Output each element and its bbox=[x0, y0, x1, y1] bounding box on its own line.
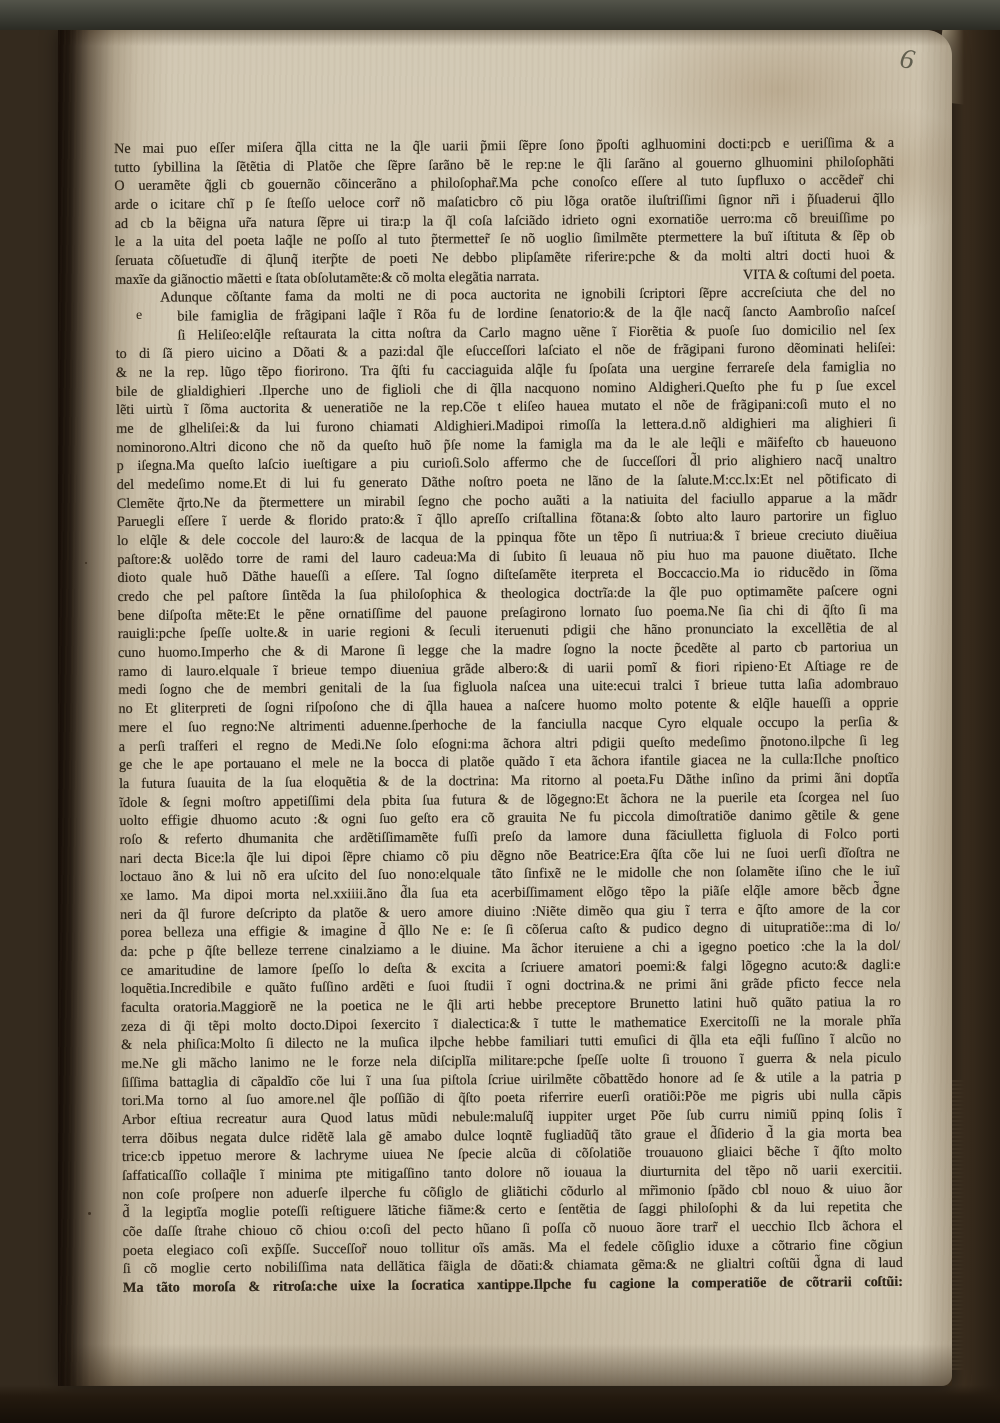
section-heading: VITA & coſtumi del poeta. bbox=[743, 265, 895, 285]
ink-speck bbox=[85, 562, 87, 564]
ink-speck bbox=[88, 1212, 91, 1215]
book-photo: 6 e Ne mai puo eſſer miſera q̃lla citta … bbox=[0, 0, 1000, 1423]
book-bottom-shadow bbox=[0, 1385, 1000, 1423]
folio-number: 6 bbox=[897, 43, 917, 77]
book-top-edge bbox=[0, 0, 1000, 30]
text-block: Ne mai puo eſſer miſera q̃lla citta ne l… bbox=[114, 134, 903, 1298]
book-page: 6 e Ne mai puo eſſer miſera q̃lla citta … bbox=[58, 30, 952, 1386]
